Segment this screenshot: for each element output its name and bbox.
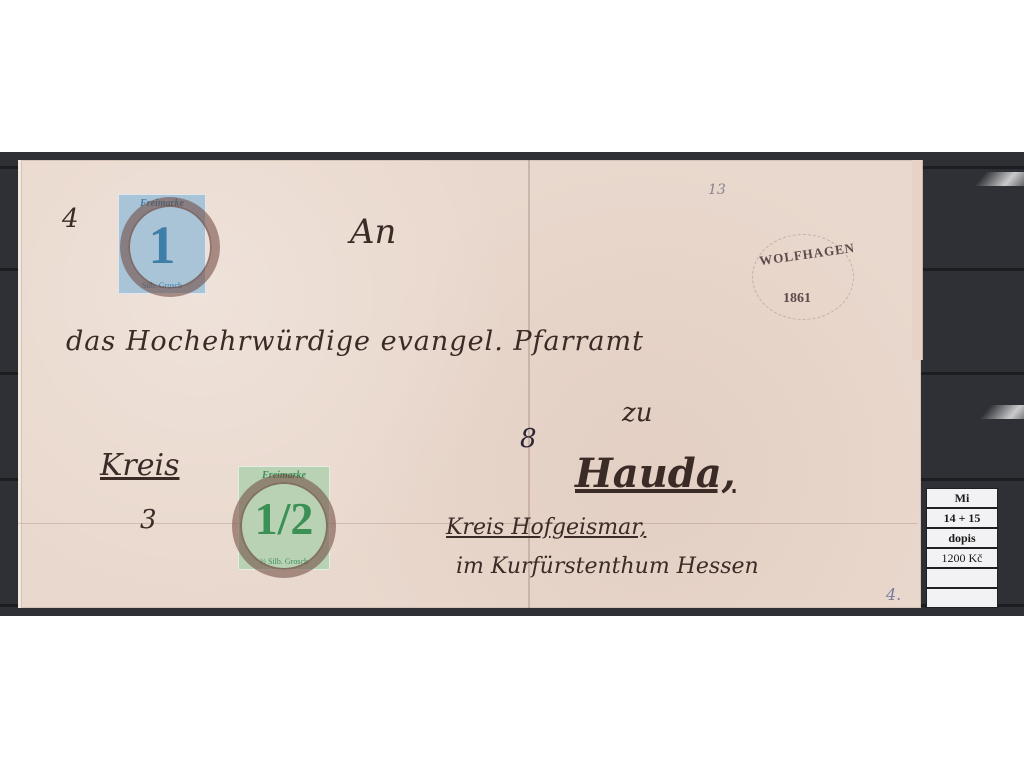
address-line-1: das Hochehrwürdige evangel. Pfarramt — [66, 326, 644, 357]
handwritten-kreis: Kreis — [100, 448, 180, 483]
handwritten-mark-3: 3 — [140, 505, 157, 535]
catalog-ref: Mi — [927, 489, 997, 509]
item-type: dopis — [927, 529, 997, 549]
handwritten-salutation: An — [350, 212, 396, 252]
blank-row — [927, 589, 997, 607]
postmark-town: WOLFHAGEN — [758, 241, 849, 269]
price: 1200 Kč — [927, 549, 997, 569]
fold-line — [528, 160, 530, 608]
address-zu: zu — [622, 398, 652, 428]
handwritten-mark-8: 8 — [520, 424, 537, 454]
cover-flap — [912, 160, 923, 360]
stamp-denomination: Silb. Grosch — [142, 281, 182, 290]
handwritten-corner-mark: 4 — [62, 204, 79, 234]
postmark-year: 1861 — [783, 291, 811, 307]
stamp-label: Freimarke — [262, 470, 306, 481]
postmark: WOLFHAGEN 1861 — [752, 234, 854, 320]
catalog-numbers: 14 + 15 — [927, 509, 997, 529]
stamp-value: 1/2 — [255, 496, 314, 542]
stamp-1-silbergroschen: Freimarke 1 Silb. Grosch — [118, 194, 206, 294]
address-town: Hauda, — [575, 450, 736, 497]
stamp-half-silbergroschen: Freimarke 1/2 ½ Silb. Grosch — [238, 466, 330, 570]
address-line-3: im Kurfürstenthum Hessen — [456, 554, 759, 579]
pencil-number: 13 — [708, 182, 726, 198]
blank-row — [927, 569, 997, 589]
stamp-label: Freimarke — [140, 198, 184, 209]
address-line-2: Kreis Hofgeismar, — [446, 515, 646, 540]
price-label: Mi 14 + 15 dopis 1200 Kč — [926, 488, 998, 608]
stamp-denomination: ½ Silb. Grosch — [260, 557, 308, 566]
pencil-mark-4: 4. — [886, 585, 901, 604]
stamp-value: 1 — [149, 218, 176, 272]
